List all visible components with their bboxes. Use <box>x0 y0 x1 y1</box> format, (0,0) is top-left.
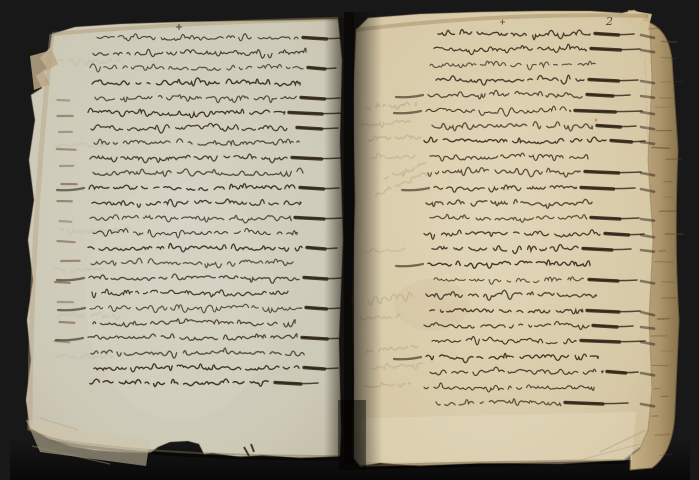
right-page-bottom-light <box>362 412 636 462</box>
line-end-dash-heavy <box>289 113 322 115</box>
right-page-light-patch <box>450 90 590 310</box>
fore-edge-ink-smudge <box>641 96 654 98</box>
line-end-dash-heavy <box>585 172 619 174</box>
gutter <box>324 12 382 470</box>
line-end-dash-heavy <box>575 111 615 113</box>
line-end-dash-heavy <box>589 80 618 82</box>
line-end-dash-heavy <box>304 368 324 370</box>
gutter-shadow-right <box>354 12 382 468</box>
margin-tick <box>55 282 70 283</box>
line-end-dash-heavy <box>597 126 620 128</box>
line-end-dash-heavy <box>308 68 325 70</box>
gutter-bottom-dark <box>338 400 366 470</box>
margin-tick <box>60 322 75 323</box>
line-end-dash-heavy <box>583 249 612 251</box>
line-end-dash-heavy <box>607 372 626 374</box>
line-end-dash-heavy <box>611 141 631 143</box>
line-end-dash-heavy <box>297 128 322 130</box>
page-number: 2 <box>605 15 613 28</box>
margin-tick <box>57 149 76 150</box>
right-page-speck <box>594 118 597 121</box>
line-end-dash-heavy <box>565 403 603 405</box>
manuscript-photo: 2 <box>0 0 699 480</box>
line-end-dash-heavy <box>295 218 324 220</box>
line-end-dash-heavy <box>302 338 327 340</box>
line-end-dash-heavy <box>605 234 628 236</box>
book-spread: 2 <box>0 0 699 480</box>
line-end-dash-heavy <box>306 308 326 310</box>
fore-edge-striation <box>662 42 677 43</box>
fore-edge-striation <box>661 57 675 58</box>
fore-edge-striation <box>658 318 670 319</box>
fore-edge-striation <box>659 251 666 252</box>
margin-tick <box>57 241 74 242</box>
fore-edge-ink-smudge <box>641 219 654 221</box>
line-end-dash-heavy <box>587 95 613 97</box>
line-end-dash-heavy <box>595 34 618 36</box>
line-end-dash-heavy <box>303 38 326 40</box>
line-end-dash-heavy <box>275 383 301 385</box>
line-end-dash-heavy <box>581 341 619 343</box>
margin-tick <box>60 221 72 222</box>
margin-tick <box>57 100 69 101</box>
fore-edge-striation <box>654 388 660 389</box>
line-end-dash-heavy <box>304 278 327 280</box>
left-page <box>26 19 344 466</box>
line-end-dash-heavy <box>581 188 613 190</box>
fore-edge-striation <box>666 159 681 160</box>
line-end-dash-heavy <box>300 188 323 190</box>
fore-edge-ink-smudge <box>641 327 654 329</box>
fore-edge-striation <box>662 81 683 82</box>
line-end-dash-heavy <box>593 326 617 328</box>
fore-edge-ink-smudge <box>641 250 654 252</box>
fore-edge-striation <box>651 365 669 366</box>
line-end-dash-heavy <box>591 218 620 220</box>
fore-edge-striation <box>656 434 670 435</box>
line-end-dash-heavy <box>301 98 324 100</box>
fore-edge-striation <box>652 147 669 148</box>
line-end-dash-heavy <box>589 280 618 282</box>
gutter-shadow-left <box>324 18 346 460</box>
fore-edge-striation <box>662 282 674 283</box>
fore-edge-striation <box>659 98 674 99</box>
gutter-gap <box>344 12 354 464</box>
line-end-dash-heavy <box>591 49 620 51</box>
line-end-dash-heavy <box>292 158 321 160</box>
fore-edge-striation <box>651 28 659 29</box>
right-page-foxing <box>394 279 470 331</box>
line-end-dash-heavy <box>307 248 325 250</box>
line-end-dash-heavy <box>587 311 619 313</box>
